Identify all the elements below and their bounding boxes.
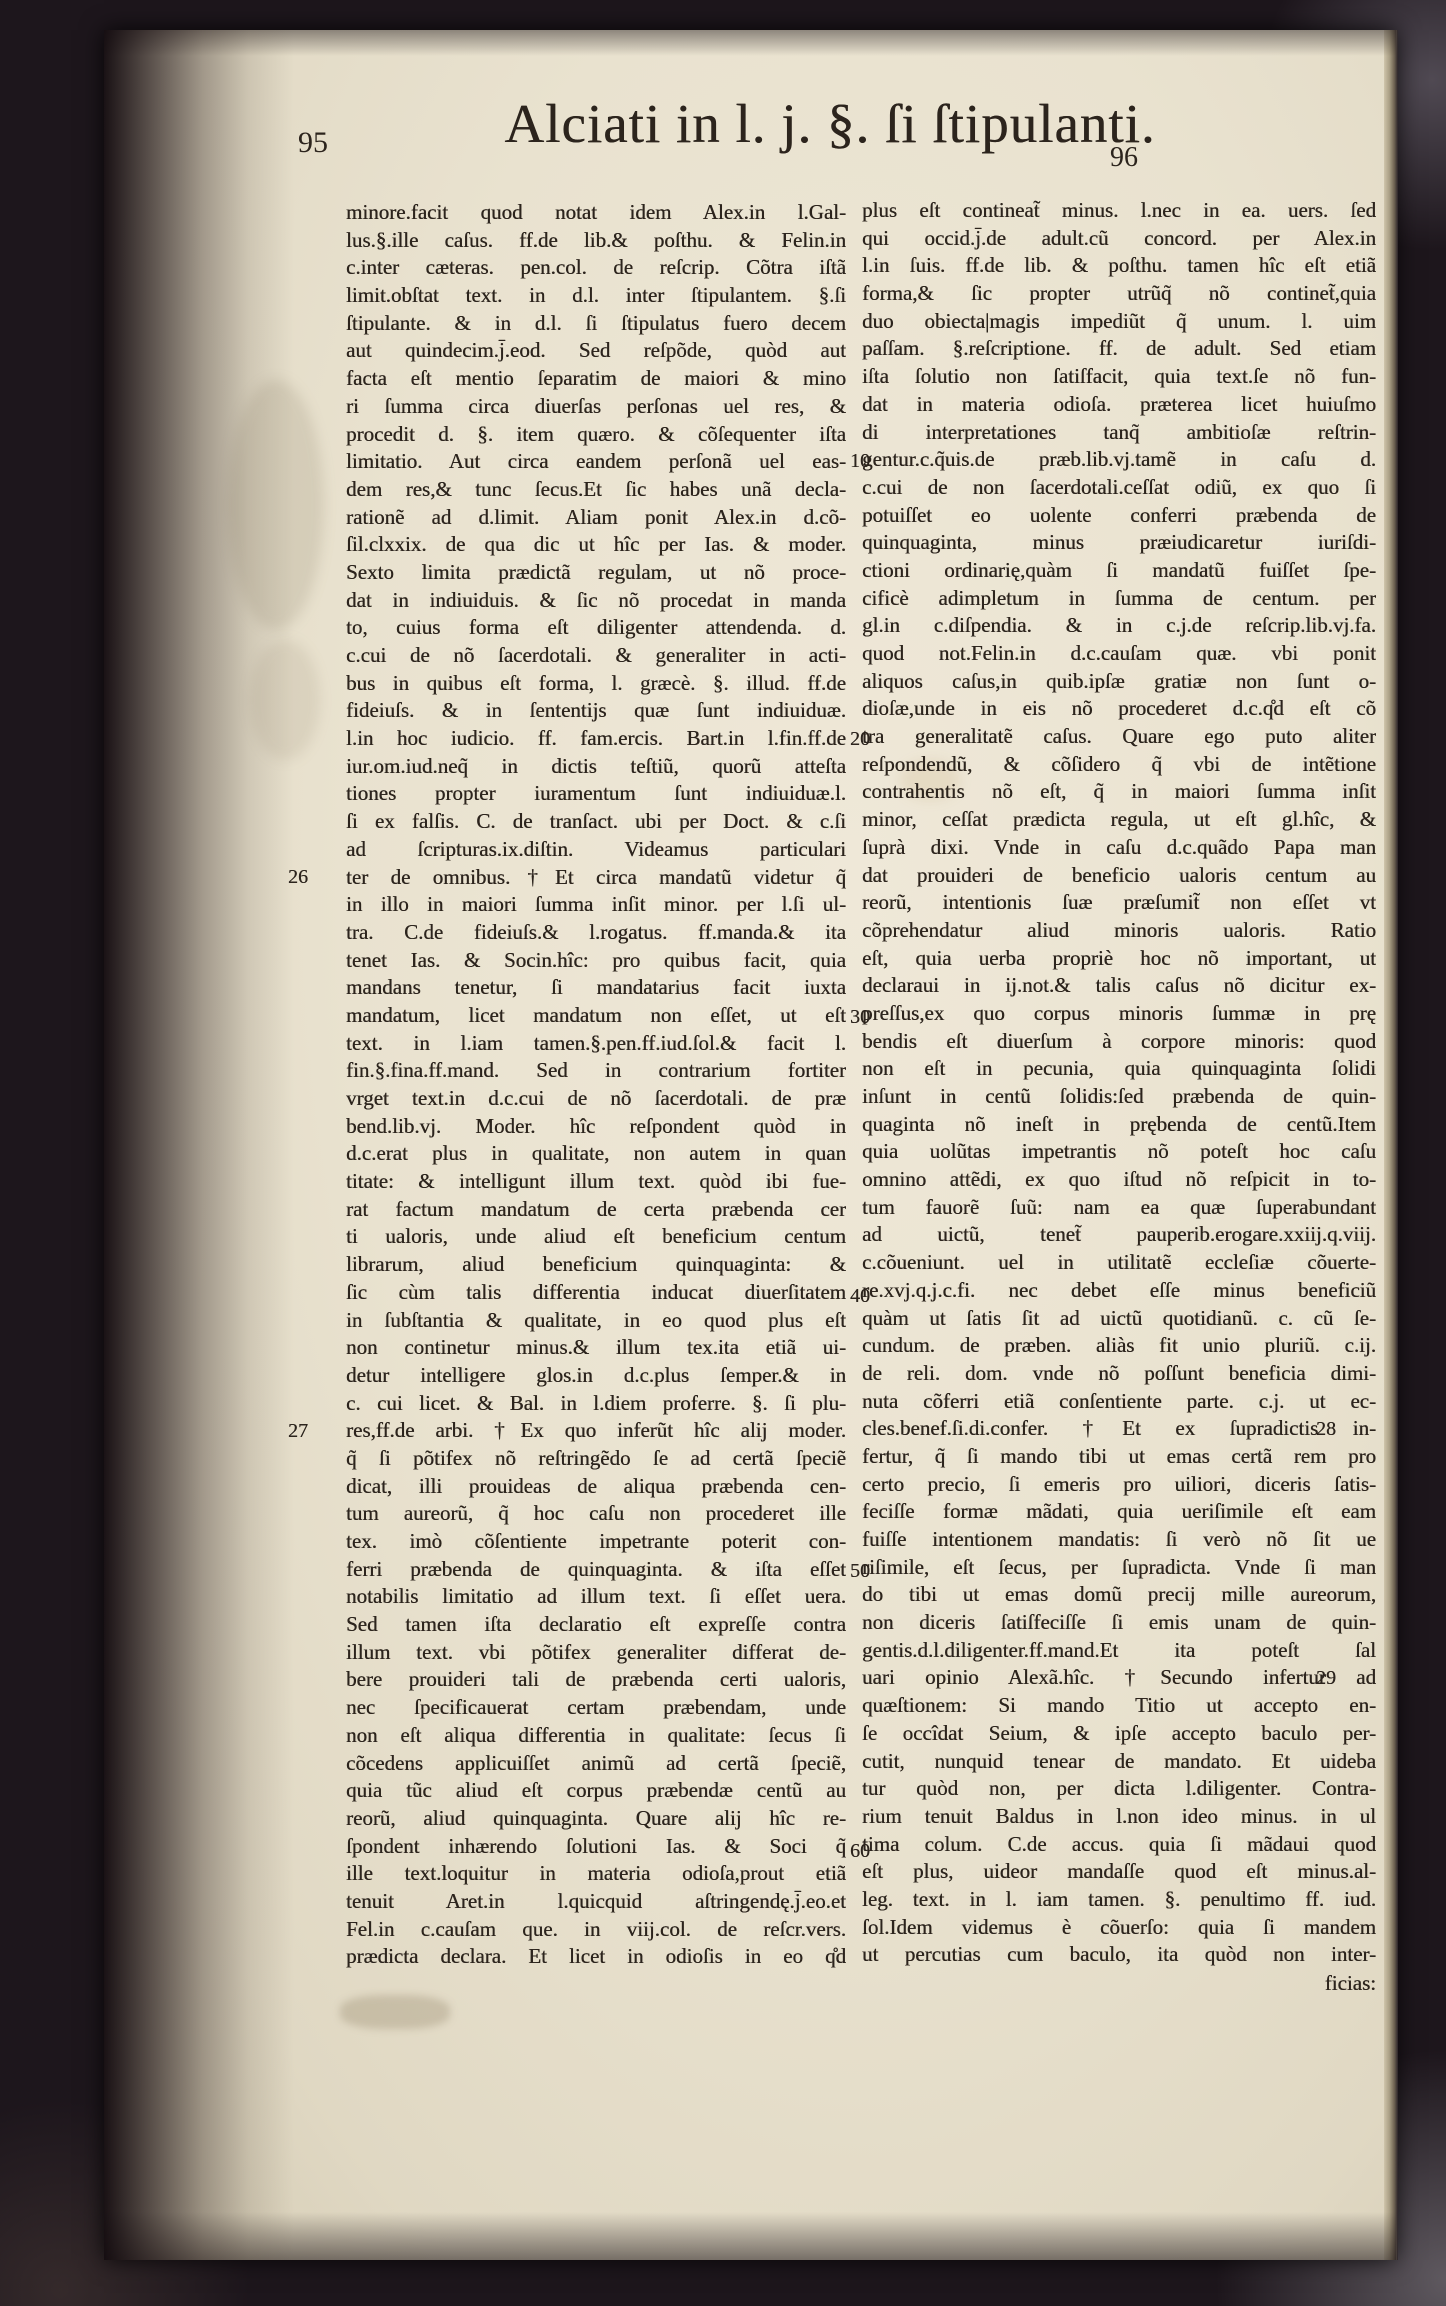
text-line: rium tenuit Baldus in l.non ideo minus. … — [862, 1803, 1376, 1831]
text-line: tima colum. C.de accus. quia ſi mãdaui q… — [862, 1831, 1376, 1859]
scanned-book-page: 95 Alciati in l. j. §. ſi ſtipulanti. 96… — [0, 0, 1446, 2306]
text-line: notabilis limitatio ad illum text. ſi eſ… — [346, 1583, 846, 1611]
text-line: to, cuius forma eſt diligenter attendend… — [346, 614, 846, 642]
text-line: cificè adimpletum in ſumma de centum. pe… — [862, 585, 1376, 613]
text-line: gentis.d.l.diligenter.ff.mand.Et ita pot… — [862, 1637, 1376, 1665]
top-edge-shadow — [104, 30, 1396, 56]
text-line: librarum, aliud beneficium quinquaginta:… — [346, 1251, 846, 1279]
text-line: procedit d. §. item quæro. & cõſequenter… — [346, 421, 846, 449]
text-line: re.xvj.q.j.c.fi. nec debet eſſe minus be… — [862, 1277, 1376, 1305]
page-number-right: 96 — [1110, 142, 1138, 174]
text-line: ſol.Idem videmus è cõuerſo: quia ſi mand… — [862, 1914, 1376, 1942]
text-line: vrget text.in d.c.cui de nõ ſacerdotali.… — [346, 1085, 846, 1113]
text-line: quia uolũtas impetrantis nõ poteſt hoc c… — [862, 1138, 1376, 1166]
text-line: quia tũc aliud eſt corpus præbendæ centũ… — [346, 1777, 846, 1805]
text-line: limitatio. Aut circa eandem perſonã uel … — [346, 448, 846, 476]
text-line: fertur, q̃ ſi mando tibi ut emas certã r… — [862, 1443, 1376, 1471]
text-line: l.in hoc iudicio. ff. fam.ercis. Bart.in… — [346, 725, 846, 753]
text-line: certo precio, ſi emeris pro uiliori, dic… — [862, 1471, 1376, 1499]
text-line: ri ſumma circa diuerſas perſonas uel res… — [346, 393, 846, 421]
text-line: tiones propter iuramentum ſunt indiuiduæ… — [346, 780, 846, 808]
text-line: leg. text. in l. iam tamen. §. penultimo… — [862, 1886, 1376, 1914]
ink-bleedthrough — [228, 380, 324, 630]
text-line: ſi ex falſis. C. de tranſact. ubi per Do… — [346, 808, 846, 836]
text-line: non continetur minus.& illum tex.ita eti… — [346, 1334, 846, 1362]
text-line: c.inter cæteras. pen.col. de reſcrip. Cõ… — [346, 254, 846, 282]
text-line: tex. imò cõſentiente impetrante poterit … — [346, 1528, 846, 1556]
text-line: dat prouideri de beneficio ualoris centu… — [862, 862, 1376, 890]
text-line: tum aureorũ, q̃ hoc caſu non procederet … — [346, 1500, 846, 1528]
text-line: tenet Ias. & Socin.hîc: pro quibus facit… — [346, 947, 846, 975]
text-line: bus in quibus eſt forma, l. græcè. §. il… — [346, 670, 846, 698]
text-line: non eſt aliqua differentia in qualitate:… — [346, 1722, 846, 1750]
text-line: contrahentis nõ eſt, q̃ in maiori ſumma … — [862, 778, 1376, 806]
text-line: riſimile, eſt ſecus, per ſupradicta. Vnd… — [862, 1554, 1376, 1582]
text-line: eſt plus, uideor mandaſſe quod eſt minus… — [862, 1858, 1376, 1886]
text-line: paſſam. §.reſcriptione. ff. de adult. Se… — [862, 335, 1376, 363]
text-line: dat in materia odioſa. præterea licet hu… — [862, 391, 1376, 419]
line-number-marker: 30 — [850, 1006, 870, 1029]
text-line: tra. C.de fideiuſs.& l.rogatus. ff.manda… — [346, 919, 846, 947]
ink-bleedthrough — [250, 640, 320, 760]
page-stack-edge — [1384, 30, 1398, 2260]
text-line: reſpondendũ, & cõſidero q̃ vbi de intẽti… — [862, 751, 1376, 779]
text-line: ſtipulante. & in d.l. ſi ſtipulatus fuer… — [346, 310, 846, 338]
text-line: mandans tenetur, ſi mandatarius facit iu… — [346, 974, 846, 1002]
text-line: dicat, illi prouideas de aliqua præbenda… — [346, 1473, 846, 1501]
text-line: facta eſt mentio ſeparatim de maiori & m… — [346, 365, 846, 393]
text-line: quæſtionem: Si mando Titio ut accepto en… — [862, 1692, 1376, 1720]
line-number-marker: 20 — [850, 728, 870, 751]
text-line: tenuit Aret.in l.quicquid aſtringendę.j̄… — [346, 1888, 846, 1916]
text-line: cõprehendatur aliud minoris ualoris. Rat… — [862, 917, 1376, 945]
text-line: rationẽ ad d.limit. Aliam ponit Alex.in … — [346, 504, 846, 532]
text-line: in illo in maiori ſumma inſit minor. per… — [346, 891, 846, 919]
bottom-edge-shadow — [104, 2212, 1396, 2260]
text-line: uari opinio Alexã.hîc. †Secundo infertur… — [862, 1664, 1376, 1692]
text-line: dem res,& tunc ſecus.Et ſic habes unã de… — [346, 476, 846, 504]
text-line: forma,& ſic propter utrũq̃ nõ continet̃,… — [862, 280, 1376, 308]
text-line: mandatum, licet mandatum non eſſet, ut e… — [346, 1002, 846, 1030]
text-line: quinquaginta, minus præiudicaretur iuriſ… — [862, 529, 1376, 557]
text-line: ter de omnibus.†Et circa mandatũ videtur… — [346, 864, 846, 892]
text-line: minore.facit quod notat idem Alex.in l.G… — [346, 199, 846, 227]
text-line: d.c.erat plus in qualitate, non autem in… — [346, 1140, 846, 1168]
text-line: quàm ut ſatis ſit ad uictũ quotidianũ. c… — [862, 1305, 1376, 1333]
text-line: nuta cõferri etiã conſentiente parte. c.… — [862, 1388, 1376, 1416]
text-line: ſic cùm talis differentia inducat diuerſ… — [346, 1279, 846, 1307]
page-number-left: 95 — [298, 126, 328, 160]
margin-section-number-left: 26 — [288, 866, 308, 889]
text-line: prædicta declara. Et licet in odioſis in… — [346, 1943, 846, 1971]
text-line: dat in indiuiduis. & ſic nõ procedat in … — [346, 587, 846, 615]
text-line: rat factum mandatum de certa præbenda ce… — [346, 1196, 846, 1224]
text-line: feciſſe formæ mãdati, quia ueriſimile eſ… — [862, 1498, 1376, 1526]
text-line: do tibi ut emas domũ precij mille aureor… — [862, 1581, 1376, 1609]
text-line: non diceris ſatiſfeciſſe ſi emis unam de… — [862, 1609, 1376, 1637]
text-line: di interpretationes tanq̃ ambitioſæ reſt… — [862, 419, 1376, 447]
text-line: ctioni ordinarię,quàm ſi mandatũ fuiſſet… — [862, 557, 1376, 585]
text-line: ſpondent inhærendo ſolutioni Ias. & Soci… — [346, 1833, 846, 1861]
text-line: bend.lib.vj. Moder. hîc reſpondent quòd … — [346, 1113, 846, 1141]
text-line: gentur.c.q̃uis.de præb.lib.vj.tamẽ in ca… — [862, 446, 1376, 474]
text-line: fin.§.fina.ff.mand. Sed in contrarium fo… — [346, 1057, 846, 1085]
text-line: minor, ceſſat prædicta regula, ut eſt gl… — [862, 806, 1376, 834]
text-line: ut percutias cum baculo, ita quòd non in… — [862, 1941, 1376, 1969]
text-line: non eſt in pecunia, quia quinquaginta ſo… — [862, 1055, 1376, 1083]
text-line: ille text.loquitur in materia odioſa,pro… — [346, 1860, 846, 1888]
faint-marginalia-smudge — [340, 1995, 450, 2029]
line-number-marker: 10 — [850, 450, 870, 473]
text-line: iur.om.iud.neq̃ in dictis teſtiũ, quorũ … — [346, 753, 846, 781]
text-line: potuiſſet eo uolente conferri præbenda d… — [862, 502, 1376, 530]
text-line: iſta ſolutio non ſatiſfacit, quia text.ſ… — [862, 363, 1376, 391]
binding-gutter-shadow — [104, 30, 294, 2260]
text-line: c.cui de non ſacerdotali.ceſſat odiũ, ex… — [862, 474, 1376, 502]
text-line: titate: & intelligunt illum text. quòd i… — [346, 1168, 846, 1196]
text-line: aut quindecim.j̄.eod. Sed reſpõde, quòd … — [346, 337, 846, 365]
text-line: ſe occîdat Seium, & ipſe accepto baculo … — [862, 1720, 1376, 1748]
text-line: fideiuſs. & in ſententijs quæ ſunt indiu… — [346, 697, 846, 725]
text-line: tra generalitatẽ caſus. Quare ego puto a… — [862, 723, 1376, 751]
text-line: bere prouideri tali de præbenda certi ua… — [346, 1666, 846, 1694]
text-line: in ſubſtantia & qualitate, in eo quod pl… — [346, 1307, 846, 1335]
text-line: nec ſpecificauerat certam præbendam, und… — [346, 1694, 846, 1722]
line-number-marker: 60 — [850, 1840, 870, 1863]
text-line: c.cui de nõ ſacerdotali. & generaliter i… — [346, 642, 846, 670]
text-line: qui occid.j̄.de adult.cũ concord. per Al… — [862, 225, 1376, 253]
text-line: ad ſcripturas.ix.diſtin. Videamus partic… — [346, 836, 846, 864]
text-line: illum text. vbi põtifex generaliter diff… — [346, 1639, 846, 1667]
text-line: reorũ, aliud quinquaginta. Quare alij hî… — [346, 1805, 846, 1833]
margin-section-number-right: 29 — [1316, 1667, 1336, 1690]
text-line: omnino attẽdi, ex quo iſtud nõ reſpicit … — [862, 1166, 1376, 1194]
text-line: Fel.in c.cauſam que. in viij.col. de reſ… — [346, 1916, 846, 1944]
line-number-marker: 50 — [850, 1560, 870, 1583]
text-line: aliquos caſus,in quib.ipſæ gratiæ non ſu… — [862, 668, 1376, 696]
text-line: quaginta nõ ineſt in prębenda de centũ.I… — [862, 1111, 1376, 1139]
text-line: lus.§.ille caſus. ff.de lib.& poſthu. & … — [346, 227, 846, 255]
text-line: limit.obſtat text. in d.l. inter ſtipula… — [346, 282, 846, 310]
text-line: fuiſſe intentionem mandatis: ſi verò nõ … — [862, 1526, 1376, 1554]
line-number-marker: 40 — [850, 1285, 870, 1308]
text-line: reorũ, intentionis ſuæ præſumit̃ non eſſ… — [862, 889, 1376, 917]
text-line: duo obiecta|magis impediũt q̃ unum. l. u… — [862, 308, 1376, 336]
text-line: declaraui in ij.not.& talis caſus nõ dic… — [862, 972, 1376, 1000]
text-line: detur intelligere glos.in d.c.plus ſempe… — [346, 1362, 846, 1390]
text-line: de reli. dom. vnde nõ poſſunt beneficia … — [862, 1360, 1376, 1388]
text-line: dioſæ,unde in eis nõ procederet d.c.q̊d … — [862, 695, 1376, 723]
text-line: c. cui licet. & Bal. in l.diem proferre.… — [346, 1390, 846, 1418]
text-line: ſuprà dixi. Vnde in caſu d.c.quãdo Papa … — [862, 834, 1376, 862]
margin-section-number-left: 27 — [288, 1420, 308, 1443]
text-line: tur quòd non, per dicta l.diligenter. Co… — [862, 1775, 1376, 1803]
text-line: ferri præbenda de quinquaginta. & iſta e… — [346, 1556, 846, 1584]
text-line: plus eſt contineat̃ minus. l.nec in ea. … — [862, 197, 1376, 225]
text-line: cõcedens applicuiſſet animũ ad certã ſpe… — [346, 1750, 846, 1778]
text-column-left: minore.facit quod notat idem Alex.in l.G… — [346, 199, 846, 1971]
text-line: quod not.Felin.in d.c.cauſam quæ. vbi po… — [862, 640, 1376, 668]
text-line: eſt, quia uerba propriè hoc nõ important… — [862, 945, 1376, 973]
text-line: res,ff.de arbi. †Ex quo inferũt hîc alij… — [346, 1417, 846, 1445]
margin-section-number-right: 28 — [1316, 1418, 1336, 1441]
text-line: gl.in c.diſpendia. & in c.j.de reſcrip.l… — [862, 612, 1376, 640]
text-line: bendis eſt diuerſum à corpore minoris: q… — [862, 1028, 1376, 1056]
text-column-right: plus eſt contineat̃ minus. l.nec in ea. … — [862, 197, 1376, 1969]
catchword: ficias: — [862, 1971, 1376, 1996]
text-line: c.cõueniunt. uel in utilitatẽ eccleſiæ c… — [862, 1249, 1376, 1277]
text-line: cles.benef.ſi.di.confer. †Et ex ſupradic… — [862, 1415, 1376, 1443]
text-line: preſſus,ex quo corpus minoris ſummæ in p… — [862, 1000, 1376, 1028]
text-line: ad uictũ, tenet̃ pauperib.erogare.xxiij.… — [862, 1221, 1376, 1249]
text-line: l.in ſuis. ff.de lib. & poſthu. tamen hî… — [862, 252, 1376, 280]
text-line: q̃ ſi põtifex nõ reſtringẽdo ſe ad certã… — [346, 1445, 846, 1473]
text-line: tum fauorẽ ſuũ: nam ea quæ ſuperabundant — [862, 1194, 1376, 1222]
text-line: ſil.clxxix. de qua dic ut hîc per Ias. &… — [346, 531, 846, 559]
text-line: Sexto limita prædictã regulam, ut nõ pro… — [346, 559, 846, 587]
running-title: Alciati in l. j. §. ſi ſtipulanti. — [470, 92, 1190, 155]
text-line: inſunt in centũ ſolidis:ſed præbenda de … — [862, 1083, 1376, 1111]
text-line: ti ualoris, unde aliud eſt beneficium ce… — [346, 1223, 846, 1251]
text-line: cutit, nunquid tenear de mandato. Et uid… — [862, 1748, 1376, 1776]
text-line: cundum. de præben. aliàs fit unio pluriũ… — [862, 1332, 1376, 1360]
text-line: Sed tamen iſta declaratio eſt expreſſe c… — [346, 1611, 846, 1639]
text-line: text. in l.iam tamen.§.pen.ff.iud.ſol.& … — [346, 1030, 846, 1058]
